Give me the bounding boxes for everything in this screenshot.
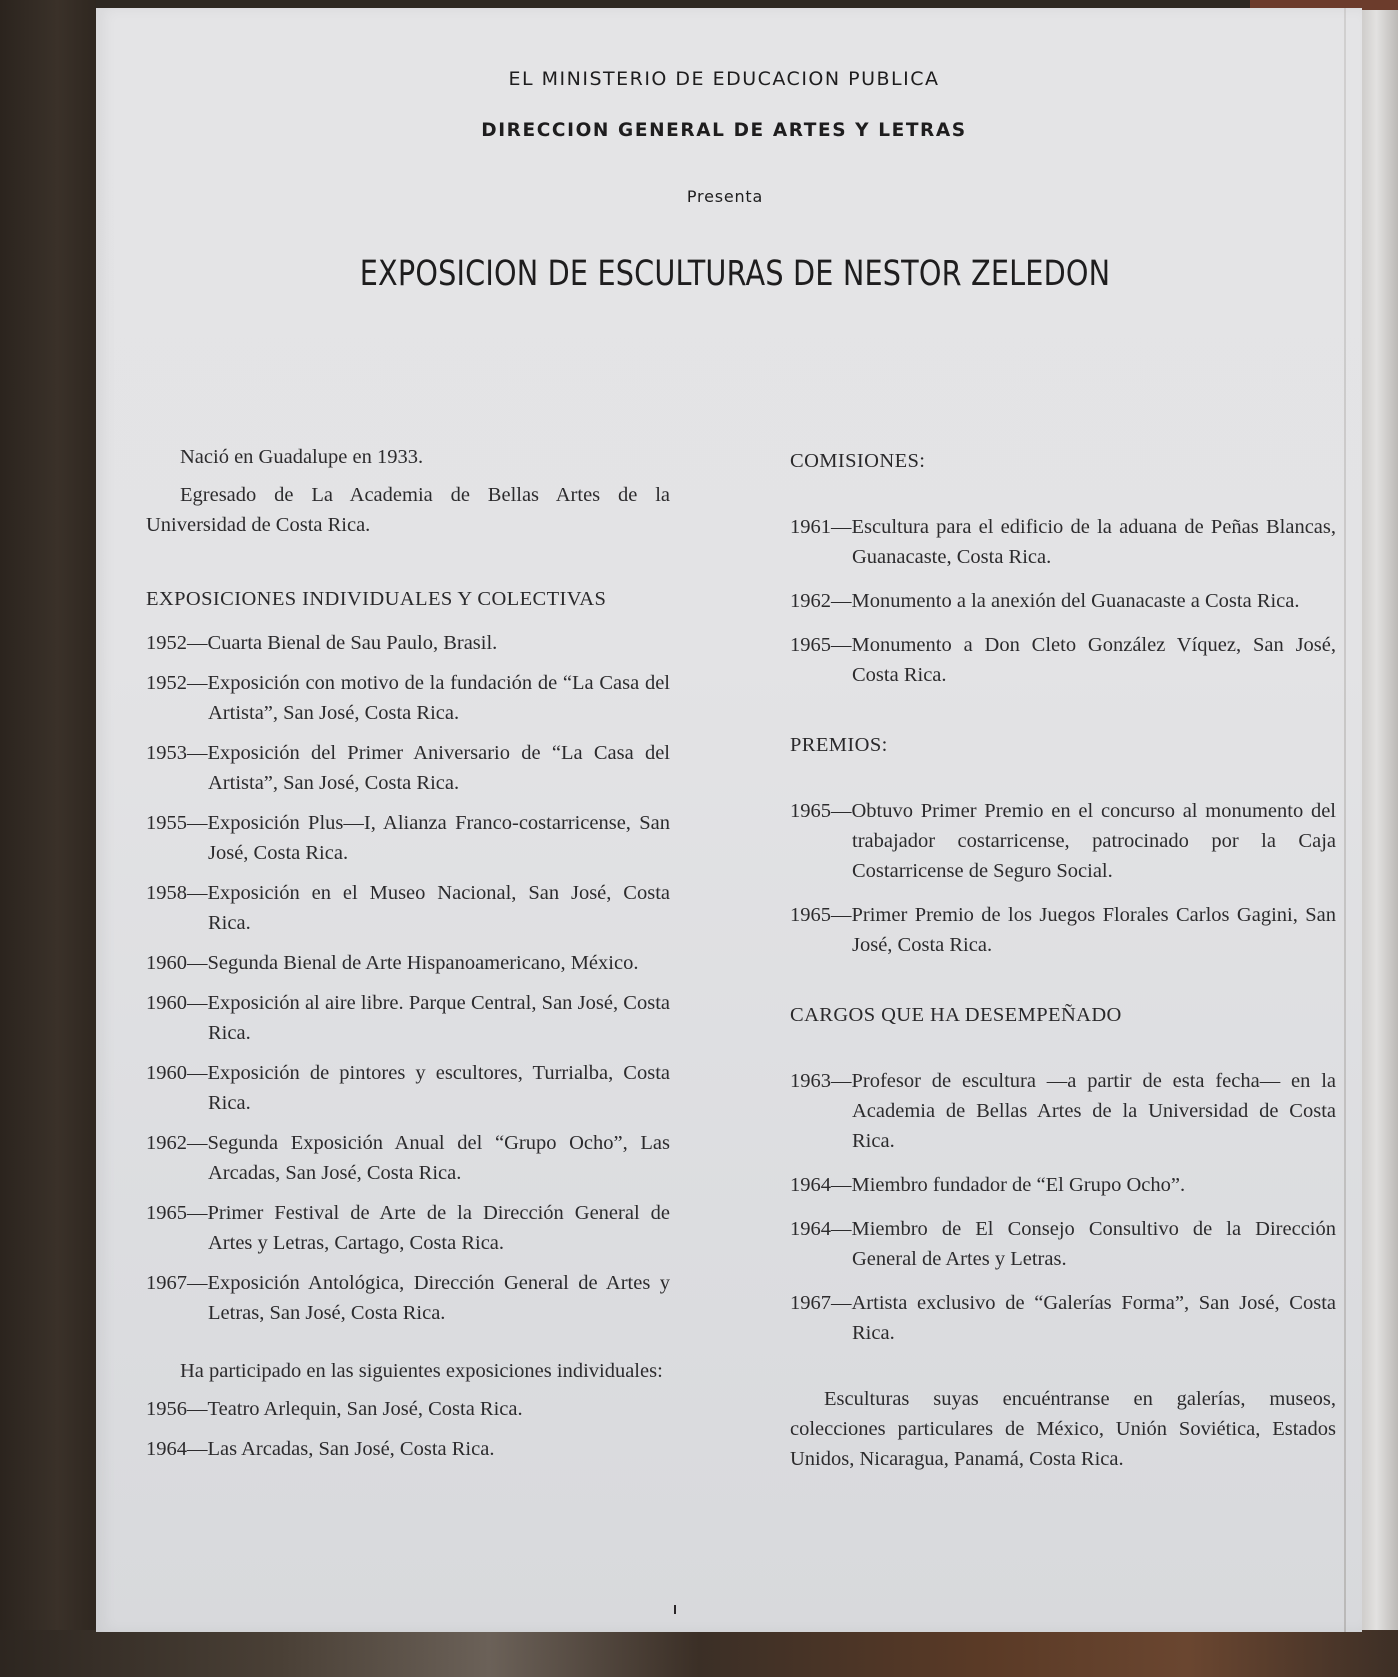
entry-year: 1961— <box>790 516 852 538</box>
entry-text: Escultura para el edificio de la aduana … <box>852 516 1337 568</box>
list-item: 1956—Teatro Arlequin, San José, Costa Ri… <box>146 1394 670 1424</box>
list-item: 1960—Exposición al aire libre. Parque Ce… <box>146 988 670 1048</box>
entry-year: 1964— <box>790 1174 852 1196</box>
entry-text: Segunda Bienal de Arte Hispanoamericano,… <box>208 952 639 974</box>
entry-text: Primer Festival de Arte de la Dirección … <box>208 1202 671 1254</box>
commissions-heading: COMISIONES: <box>790 446 1336 476</box>
background-right-pages <box>1362 0 1398 1677</box>
entry-text: Las Arcadas, San José, Costa Rica. <box>208 1438 495 1460</box>
entry-text: Exposición del Primer Aniversario de “La… <box>208 742 671 794</box>
entry-text: Exposición de pintores y escultores, Tur… <box>208 1062 671 1114</box>
ministry-heading: EL MINISTERIO DE EDUCACION PUBLICA <box>86 68 1362 90</box>
entry-text: Obtuvo Primer Premio en el concurso al m… <box>852 800 1337 882</box>
entry-text: Primer Premio de los Juegos Florales Car… <box>852 904 1337 956</box>
entry-text: Monumento a la anexión del Guanacaste a … <box>852 590 1300 612</box>
positions-heading: CARGOS QUE HA DESEMPEÑADO <box>790 1000 1336 1030</box>
entry-text: Segunda Exposición Anual del “Grupo Ocho… <box>208 1132 671 1184</box>
list-item: 1965—Monumento a Don Cleto González Víqu… <box>790 630 1336 690</box>
document-page: EL MINISTERIO DE EDUCACION PUBLICA DIREC… <box>96 8 1362 1632</box>
list-item: 1958—Exposición en el Museo Nacional, Sa… <box>146 878 670 938</box>
exhibitions-heading: EXPOSICIONES INDIVIDUALES Y COLECTIVAS <box>146 584 670 614</box>
entry-year: 1960— <box>146 952 208 974</box>
entry-year: 1955— <box>146 812 208 834</box>
list-item: 1964—Miembro fundador de “El Grupo Ocho”… <box>790 1170 1336 1200</box>
list-item: 1965—Primer Premio de los Juegos Florale… <box>790 900 1336 960</box>
list-item: 1961—Escultura para el edificio de la ad… <box>790 512 1336 572</box>
list-item: 1965—Primer Festival de Arte de la Direc… <box>146 1198 670 1258</box>
entry-year: 1967— <box>790 1292 852 1314</box>
list-item: 1962—Segunda Exposición Anual del “Grupo… <box>146 1128 670 1188</box>
entry-text: Cuarta Bienal de Sau Paulo, Brasil. <box>208 632 498 654</box>
entry-year: 1953— <box>146 742 208 764</box>
entry-year: 1956— <box>146 1398 208 1420</box>
entry-year: 1962— <box>146 1132 208 1154</box>
closing-paragraph: Esculturas suyas encuéntranse en galería… <box>790 1384 1336 1474</box>
left-column: Nació en Guadalupe en 1933. Egresado de … <box>146 442 670 1464</box>
entry-year: 1952— <box>146 632 208 654</box>
entry-text: Exposición Antológica, Dirección General… <box>208 1272 671 1324</box>
commissions-list: 1961—Escultura para el edificio de la ad… <box>790 512 1336 690</box>
list-item: 1967—Exposición Antológica, Dirección Ge… <box>146 1268 670 1328</box>
direction-heading: DIRECCION GENERAL DE ARTES Y LETRAS <box>86 120 1362 141</box>
list-item: 1952—Exposición con motivo de la fundaci… <box>146 668 670 728</box>
list-item: 1952—Cuarta Bienal de Sau Paulo, Brasil. <box>146 628 670 658</box>
list-item: 1960—Exposición de pintores y escultores… <box>146 1058 670 1118</box>
list-item: 1964—Miembro de El Consejo Consultivo de… <box>790 1214 1336 1274</box>
entry-year: 1958— <box>146 882 208 904</box>
print-mark <box>674 1605 676 1614</box>
entry-year: 1962— <box>790 590 852 612</box>
entry-year: 1960— <box>146 992 208 1014</box>
exhibitions-list: 1952—Cuarta Bienal de Sau Paulo, Brasil.… <box>146 628 670 1328</box>
list-item: 1967—Artista exclusivo de “Galerías Form… <box>790 1288 1336 1348</box>
list-item: 1955—Exposición Plus—I, Alianza Franco-c… <box>146 808 670 868</box>
list-item: 1964—Las Arcadas, San José, Costa Rica. <box>146 1434 670 1464</box>
list-item: 1965—Obtuvo Primer Premio en el concurso… <box>790 796 1336 886</box>
entry-year: 1952— <box>146 672 208 694</box>
awards-list: 1965—Obtuvo Primer Premio en el concurso… <box>790 796 1336 960</box>
right-column: COMISIONES: 1961—Escultura para el edifi… <box>790 446 1336 1474</box>
entry-year: 1960— <box>146 1062 208 1084</box>
entry-text: Exposición con motivo de la fundación de… <box>208 672 671 724</box>
entry-text: Exposición en el Museo Nacional, San Jos… <box>208 882 671 934</box>
background-bottom <box>0 1630 1398 1677</box>
document-title: EXPOSICION DE ESCULTURAS DE NESTOR ZELED… <box>221 254 1249 294</box>
entry-text: Profesor de escultura —a partir de esta … <box>852 1070 1337 1152</box>
entry-text: Monumento a Don Cleto González Víquez, S… <box>852 634 1337 686</box>
awards-heading: PREMIOS: <box>790 730 1336 760</box>
individual-intro: Ha participado en las siguientes exposic… <box>146 1356 670 1386</box>
entry-year: 1965— <box>146 1202 208 1224</box>
entry-year: 1967— <box>146 1272 208 1294</box>
page-fold-line <box>1344 8 1346 1632</box>
list-item: 1960—Segunda Bienal de Arte Hispanoameri… <box>146 948 670 978</box>
list-item: 1953—Exposición del Primer Aniversario d… <box>146 738 670 798</box>
presenta-label: Presenta <box>88 187 1362 206</box>
entry-year: 1965— <box>790 800 852 822</box>
entry-text: Miembro de El Consejo Consultivo de la D… <box>852 1218 1337 1270</box>
background-left <box>0 0 96 1677</box>
positions-list: 1963—Profesor de escultura —a partir de … <box>790 1066 1336 1348</box>
entry-text: Teatro Arlequin, San José, Costa Rica. <box>208 1398 523 1420</box>
list-item: 1962—Monumento a la anexión del Guanacas… <box>790 586 1336 616</box>
list-item: 1963—Profesor de escultura —a partir de … <box>790 1066 1336 1156</box>
entry-year: 1965— <box>790 904 852 926</box>
entry-text: Miembro fundador de “El Grupo Ocho”. <box>852 1174 1186 1196</box>
bio-education: Egresado de La Academia de Bellas Artes … <box>146 480 670 540</box>
entry-text: Exposición al aire libre. Parque Central… <box>208 992 671 1044</box>
entry-text: Exposición Plus—I, Alianza Franco-costar… <box>208 812 671 864</box>
bio-birth: Nació en Guadalupe en 1933. <box>146 442 670 472</box>
entry-year: 1963— <box>790 1070 852 1092</box>
individual-exhibitions-list: 1956—Teatro Arlequin, San José, Costa Ri… <box>146 1394 670 1464</box>
entry-text: Artista exclusivo de “Galerías Forma”, S… <box>852 1292 1337 1344</box>
entry-year: 1964— <box>790 1218 852 1240</box>
entry-year: 1965— <box>790 634 852 656</box>
entry-year: 1964— <box>146 1438 208 1460</box>
